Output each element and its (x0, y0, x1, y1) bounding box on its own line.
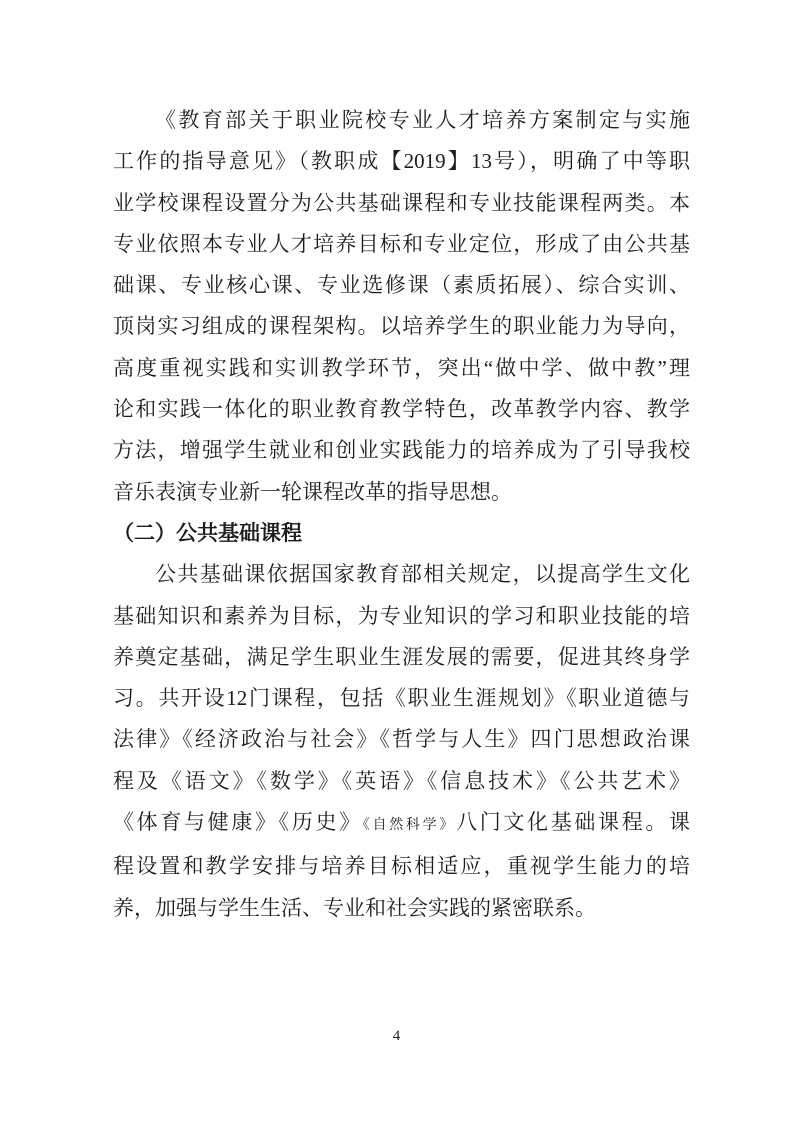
text-line: 工作的指导意见》（教职成【2019】13号），明确了中等职 (113, 141, 690, 182)
text-line: 法律》《经济政治与社会》《哲学与人生》四门思想政治课 (113, 719, 690, 760)
paragraph-intro: 《教育部关于职业院校专业人才培养方案制定与实施工作的指导意见》（教职成【2019… (113, 100, 690, 513)
text-line: 程及《语文》《数学》《英语》《信息技术》《公共艺术》 (113, 761, 690, 802)
text-line: 高度重视实践和实训教学环节，突出“做中学、做中教”理 (113, 348, 690, 389)
paragraph-public-courses: 公共基础课依据国家教育部相关规定，以提高学生文化基础知识和素养为目标，为专业知识… (113, 554, 690, 929)
text-line: 《体育与健康》《历史》《自然科学》八门文化基础课程。课 (113, 802, 690, 846)
text-line: 顶岗实习组成的课程架构。以培养学生的职业能力为导向， (113, 306, 690, 347)
text-line: 专业依照本专业人才培养目标和专业定位，形成了由公共基 (113, 224, 690, 265)
page-number: 4 (0, 1026, 793, 1046)
document-page: 《教育部关于职业院校专业人才培养方案制定与实施工作的指导意见》（教职成【2019… (0, 0, 793, 1122)
text-line: 业学校课程设置分为公共基础课程和专业技能课程两类。本 (113, 183, 690, 224)
text-line: 养奠定基础，满足学生职业生涯发展的需要，促进其终身学 (113, 637, 690, 678)
text-line: 《教育部关于职业院校专业人才培养方案制定与实施 (113, 100, 690, 141)
text-line: 音乐表演专业新一轮课程改革的指导思想。 (113, 472, 690, 513)
condensed-book-title: 《自然科学》 (363, 817, 456, 833)
text-line: 论和实践一体化的职业教育教学特色，改革教学内容、教学 (113, 389, 690, 430)
text-line: 方法，增强学生就业和创业实践能力的培养成为了引导我校 (113, 430, 690, 471)
text-line: 础课、专业核心课、专业选修课（素质拓展）、综合实训、 (113, 265, 690, 306)
text-line: 公共基础课依据国家教育部相关规定，以提高学生文化 (113, 554, 690, 595)
text-line: 程设置和教学安排与培养目标相适应，重视学生能力的培 (113, 846, 690, 887)
section-heading: （二）公共基础课程 (113, 513, 690, 554)
text-line: 养，加强与学生生活、专业和社会实践的紧密联系。 (113, 888, 690, 929)
document-body: 《教育部关于职业院校专业人才培养方案制定与实施工作的指导意见》（教职成【2019… (113, 100, 690, 929)
text-line: 习。共开设12门课程，包括《职业生涯规划》《职业道德与 (113, 678, 690, 719)
text-line: 基础知识和素养为目标，为专业知识的学习和职业技能的培 (113, 596, 690, 637)
